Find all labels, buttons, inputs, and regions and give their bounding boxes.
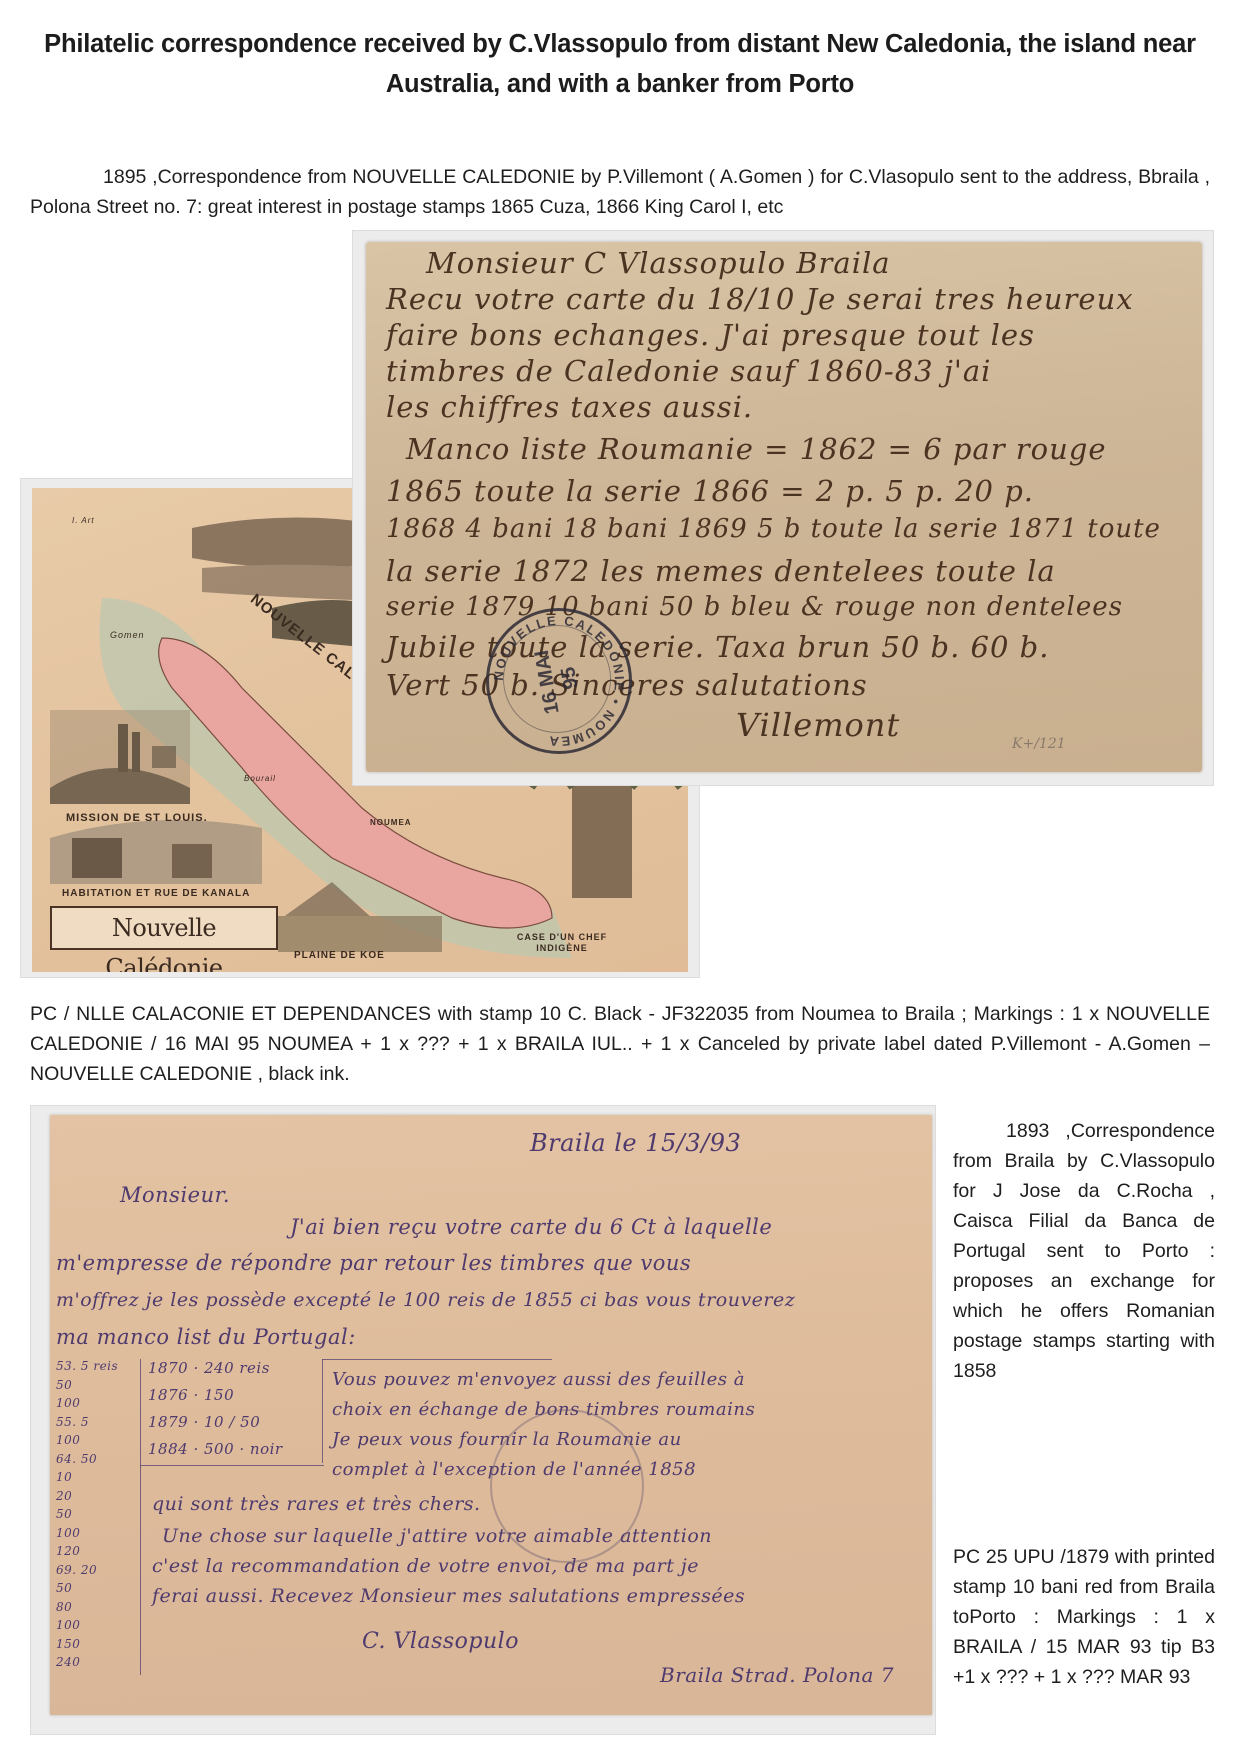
closing-line: c'est la recommandation de votre envoi, … [152,1555,699,1577]
manco-list-entry: 20 [56,1489,72,1503]
letter-line: J'ai bien reçu votre carte du 6 Ct à laq… [290,1215,772,1239]
vignette-label-mission: MISSION DE ST LOUIS. [66,812,208,824]
place-label-art: I. Art [72,516,95,525]
item-1-intro-caption: 1895 ,Correspondence from NOUVELLE CALED… [30,162,1210,222]
faint-braila-postmark [490,1409,644,1563]
manco-list-entry: 55. 5 [56,1415,89,1429]
signature-villemont: Villemont [736,706,900,744]
manco-list-entry: 240 [56,1655,80,1669]
manco-list-entry: 100 [56,1526,80,1540]
column-divider [140,1359,141,1675]
manco-list-entry: 50 [56,1378,72,1392]
signature-vlassopulo: C. Vlassopulo [362,1629,519,1654]
handwritten-line: faire bons echanges. J'ai presque tout l… [386,318,1035,352]
svg-text:NOUVELLE CALEDONIE • NOUMEA: NOUVELLE CALEDONIE • NOUMEA [491,613,627,749]
letter-line: m'offrez je les possède excepté le 100 r… [56,1289,795,1311]
handwritten-line: 1868 4 bani 18 bani 1869 5 b toute la se… [386,514,1161,544]
pencil-note: K+/121 [1012,736,1066,752]
vignette-label-plaine: PLAINE DE KOE [294,950,385,961]
handwritten-line: timbres de Caledonie sauf 1860-83 j'ai [386,354,991,388]
map-title-box-text: Nouvelle Calédonie [52,908,276,972]
place-label-noumea: NOUMEA [370,818,412,827]
page-title: Philatelic correspondence received by C.… [20,24,1220,104]
postmark-date: 16 MAI 95 [529,637,588,724]
postcard-braila-sleeve: Braila le 15/3/93 Monsieur. J'ai bien re… [30,1105,936,1735]
manco-list-entry: 100 [56,1433,80,1447]
sender-address: Braila Strad. Polona 7 [660,1663,894,1687]
manco-list-entry: 1870 · 240 reis [148,1359,270,1377]
boxed-line: Vous pouvez m'envoyez aussi des feuilles… [332,1369,745,1390]
item-1-description-caption: PC / NLLE CALACONIE ET DEPENDANCES with … [30,999,1210,1089]
handwritten-line: Monsieur C Vlassopulo Braila [426,246,891,280]
vignette-label-habitation: HABITATION ET RUE DE KANALA [62,888,250,899]
handwritten-line: la serie 1872 les memes dentelees toute … [386,554,1056,588]
manco-list-entry: 1884 · 500 · noir [148,1440,283,1458]
box-divider [322,1359,323,1463]
manco-list-entry: 50 [56,1507,72,1521]
place-label-gomen: Gomen [110,630,145,640]
postcard-message-side: Monsieur C Vlassopulo Braila Recu votre … [366,242,1202,772]
handwritten-line: Recu votre carte du 18/10 Je serai tres … [386,282,1134,316]
manco-list-entry: 100 [56,1396,80,1410]
box-divider [140,1465,324,1466]
closing-line: qui sont très rares et très chers. [152,1493,481,1515]
place-label-bourail: Bourail [244,774,276,783]
box-divider [322,1359,552,1360]
letter-salutation: Monsieur. [120,1183,230,1207]
manco-list-entry: 1879 · 10 / 50 [148,1413,260,1431]
manco-list-entry: 120 [56,1544,80,1558]
manco-list-entry: 69. 20 [56,1563,97,1577]
letter-dateline: Braila le 15/3/93 [530,1129,741,1157]
manco-list-entry: 53. 5 reis [56,1359,118,1373]
manco-list-entry: 1876 · 150 [148,1386,234,1404]
letter-line: ma manco list du Portugal: [56,1325,356,1349]
handwritten-line: Manco liste Roumanie = 1862 = 6 par roug… [406,432,1107,466]
closing-line: ferai aussi. Recevez Monsieur mes saluta… [152,1585,745,1607]
handwritten-line: les chiffres taxes aussi. [386,390,753,424]
manco-list-entry: 100 [56,1618,80,1632]
vignette-label-case: CASE D'UN CHEF INDIGÈNE [502,932,622,954]
manco-list-entry: 50 [56,1581,72,1595]
postmark-ring-text: NOUVELLE CALEDONIE • NOUMEA [489,611,629,751]
postcard-braila-letter: Braila le 15/3/93 Monsieur. J'ai bien re… [50,1115,932,1715]
item-2-intro-caption: 1893 ,Correspondence from Braila by C.Vl… [953,1116,1215,1386]
manco-list-entry: 10 [56,1470,72,1484]
item-2-description-caption: PC 25 UPU /1879 with printed stamp 10 ba… [953,1542,1215,1692]
noumea-postmark: NOUVELLE CALEDONIE • NOUMEA 16 MAI 95 [486,608,632,754]
handwritten-line: 1865 toute la serie 1866 = 2 p. 5 p. 20 … [386,474,1034,508]
manco-list-entry: 64. 50 [56,1452,97,1466]
map-title-box: Nouvelle Calédonie [50,906,278,950]
handwritten-line: Jubile toute la serie. Taxa brun 50 b. 6… [386,630,1049,664]
manco-list-entry: 80 [56,1600,72,1614]
manco-list-entry: 150 [56,1637,80,1651]
letter-line: m'empresse de répondre par retour les ti… [56,1251,691,1275]
postcard-message-side-sleeve: Monsieur C Vlassopulo Braila Recu votre … [352,230,1214,786]
